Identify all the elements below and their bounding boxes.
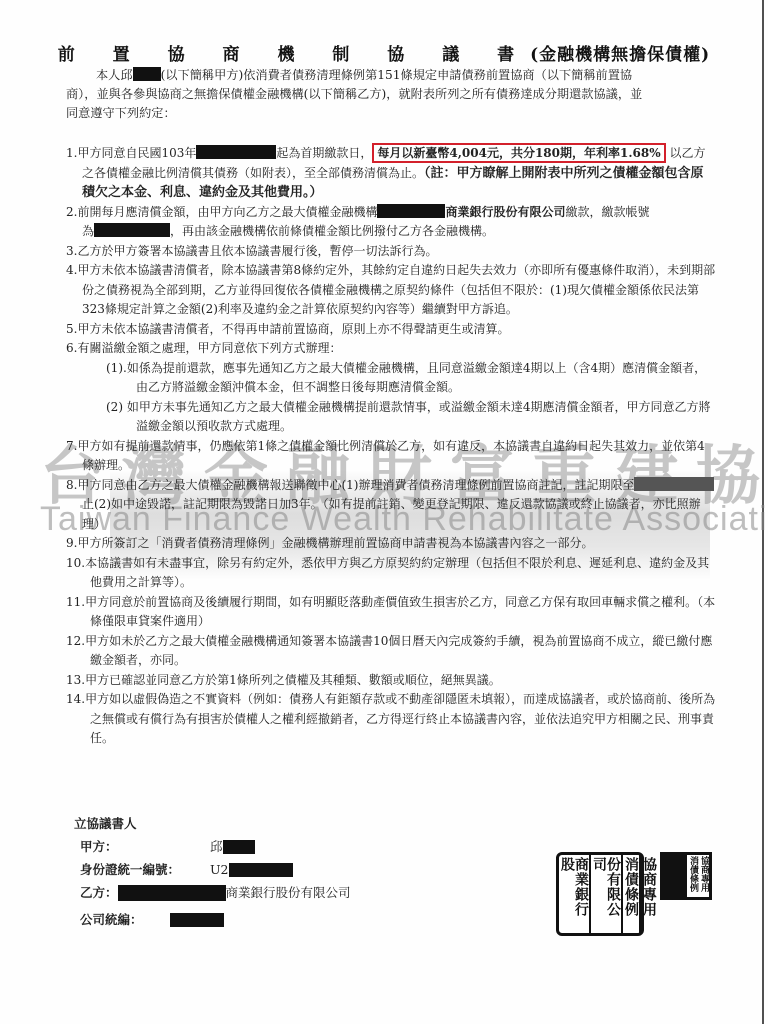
representative-seal-stamp: 消債條例 協商專用 bbox=[660, 852, 712, 900]
redacted-tax-id bbox=[170, 913, 224, 927]
payment-terms-highlight: 每月以新臺幣4,004元，共分180期，年利率1.68% bbox=[372, 143, 665, 163]
redacted-date bbox=[196, 145, 276, 159]
clause-1: 1.甲方同意自民國103年起為首期繳款日，每月以新臺幣4,004元，共分180期… bbox=[66, 144, 716, 203]
clause-14: 14.甲方如以虛假偽造之不實資料（例如：債務人有鉅額存款或不動產卻隱匿未填報），… bbox=[66, 690, 716, 749]
clause-8: 8.甲方同意由乙方之最大債權金融機構報送聯徵中心(1)辦理消費者債務清理條例前置… bbox=[66, 476, 716, 535]
redacted-date bbox=[634, 477, 714, 491]
signers-heading: 立協議書人 bbox=[74, 812, 351, 835]
clause-list: 1.甲方同意自民國103年起為首期繳款日，每月以新臺幣4,004元，共分180期… bbox=[66, 144, 716, 749]
clause-6-sub-1: (1).如係為提前還款，應事先通知乙方之最大債權金融機構，且同意溢繳金額達4期以… bbox=[82, 359, 716, 398]
document-page: 前 置 協 商 機 制 協 議 書(金融機構無擔保債權) 本人邱(以下簡稱甲方)… bbox=[0, 0, 768, 1024]
redacted-account bbox=[94, 223, 170, 237]
clause-9: 9.甲方所簽訂之「消費者債務清理條例」金融機構辦理前置協商申請書視為本協議書內容… bbox=[66, 534, 716, 554]
id-number-value: U2 bbox=[210, 858, 229, 881]
clause-10: 10.本協議書如有未盡事宜，除另有約定外，悉依甲方與乙方原契約約定辦理（包括但不… bbox=[66, 554, 716, 593]
party-b-value: 商業銀行股份有限公司 bbox=[226, 881, 351, 904]
clause-6: 6.有關溢繳金額之處理，甲方同意依下列方式辦理： (1).如係為提前還款，應事先… bbox=[66, 339, 716, 437]
intro-paragraph: 本人邱(以下簡稱甲方)依消費者債務清理條例第151條規定申請債務前置協商（以下簡… bbox=[66, 66, 706, 123]
party-b-label: 乙方： bbox=[80, 881, 118, 904]
redacted-id bbox=[229, 863, 293, 877]
company-seal-stamp: 商業銀行股 份有限公司 消債條例 協商專用 bbox=[556, 852, 644, 936]
tax-id-label: 公司統編： bbox=[80, 908, 170, 931]
document-title: 前 置 協 商 機 制 協 議 書(金融機構無擔保債權) bbox=[0, 40, 768, 65]
clause-4: 4.甲方未依本協議書清償者，除本協議書第8條約定外，其餘約定自違約日起失去效力（… bbox=[66, 261, 716, 320]
redacted-name bbox=[133, 67, 161, 81]
clause-12: 12.甲方如未於乙方之最大債權金融機構通知簽署本協議書10個日曆天內完成簽約手續… bbox=[66, 632, 716, 671]
clause-13: 13.甲方已確認並同意乙方於第1條所列之債權及其種類、數額或順位，絕無異議。 bbox=[66, 671, 716, 691]
id-number-label: 身份證統一編號： bbox=[80, 858, 210, 881]
clause-3: 3.乙方於甲方簽署本協議書且依本協議書履行後，暫停一切法訴行為。 bbox=[66, 242, 716, 262]
clause-7: 7.甲方如有提前還款情事，仍應依第1條之債權金額比例清償於乙方，如有違反，本協議… bbox=[66, 437, 716, 476]
redacted-name bbox=[223, 840, 255, 854]
clause-2: 2.前開每月應清償金額，由甲方向乙方之最大債權金融機構商業銀行股份有限公司繳款，… bbox=[66, 203, 716, 242]
party-a-value: 邱 bbox=[210, 835, 223, 858]
clause-11: 11.甲方同意於前置協商及後續履行期間，如有明顯貶落動產價值致生損害於乙方，同意… bbox=[66, 593, 716, 632]
redacted-bank bbox=[377, 204, 445, 218]
clause-5: 5.甲方未依本協議書清償者，不得再申請前置協商，原則上亦不得聲請更生或清算。 bbox=[66, 320, 716, 340]
signature-block: 立協議書人 甲方： 邱 身份證統一編號： U2 乙方：商業銀行股份有限公司 公司… bbox=[74, 812, 351, 931]
clause-6-sub-2: (2) 如甲方未事先通知乙方之最大債權金融機構提前還款情事，或溢繳金額未達4期應… bbox=[82, 398, 716, 437]
party-a-label: 甲方： bbox=[80, 835, 210, 858]
redacted-bank bbox=[118, 885, 226, 901]
